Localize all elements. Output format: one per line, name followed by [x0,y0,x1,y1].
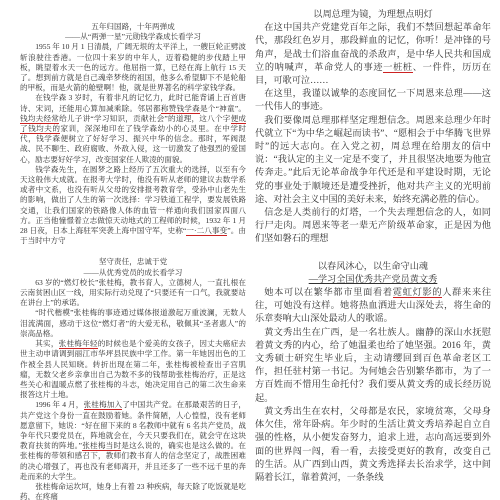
paragraph: 张桂梅命运坎坷，她身上有着 23 种疾病，每天除了吃饭就是吃药，在疼痛 [20,482,246,500]
article-zhou-enlai: 以周总理为镜，为理想点明灯 在这中国共产党建党百年之际，我们不禁回想起革命年代，… [255,8,491,246]
paragraph: 钱学森先生，在圆梦之路上经历了五次重大的选择，以至有今天这般伟大成就。在报考大学… [20,165,246,247]
paragraph: 在这中国共产党建党百年之际，我们不禁回想起革命年代，那段红色岁月，那段鲜血的记忆… [255,21,491,87]
paragraph: 63 岁的“燃灯校长”张桂梅，教书育人，立德树人，一直扎根在云南贫困山区一线，用… [20,278,246,309]
paragraph: 信念是人类前行的灯塔，一个失去理想信念的人，如同行尸走肉。周恩来等老一辈无产阶级… [255,206,491,246]
page-right: 以周总理为镜，为理想点明灯 在这中国共产党建党百年之际，我们不禁回想起革命年代，… [255,0,491,484]
article-subtitle: ——从优秀党员的成长看学习 [20,268,246,278]
paragraph: “时代楷模”张桂梅的事迹通过媒体报道激起万重波澜，无数人泪流满面，感动于这位“燃… [20,308,246,339]
document-canvas: 五年归国路，十年两弹成 ——从“两弹一星”元勋钱学森成长看学习 1955 年 1… [0,0,500,500]
paragraph: 在钱学森 3 岁时，有着非凡的记忆力，此时已能背诵上百首唐诗、宋词，还能用心算加… [20,93,246,164]
paragraph: 其实，张桂梅年轻的时候也是个爱美的女孩子，因丈夫癌症去世主动申请调到丽江市华坪县… [20,339,246,400]
spellcheck-underline: 一桩桩 [383,62,413,73]
spellcheck-underline: 张桂梅当时 [82,441,121,451]
article-title: 以春风沐心，以生命守山魂 [255,260,491,273]
paragraph: 1955 年 10 月 1 日清晨，广阔无垠的太平洋上，一艘巨轮正劈波斩浪驶往香… [20,42,246,93]
spellcheck-underline: 张桂梅年轻 [59,339,98,349]
spellcheck-underline: 称赞钱学森 [161,104,200,114]
article-qian-xuesen: 五年归国路，十年两弹成 ——从“两弹一星”元勋钱学森成长看学习 1955 年 1… [20,22,246,246]
paragraph: 1996 年 4 月，张桂梅加入了中国共产党。在那最艰苦的日子，共产党这个身份一… [20,400,246,482]
article-huang-wenxiu: 以春风沐心，以生命守山魂 —学习全国优秀共产党员黄文秀 她本可以在繁华都市里面看… [255,260,491,484]
paragraph: 黄文秀出生在广西，是一名壮族人。幽静的深山水抚慰着黄文秀的内心，给了她温柔也给了… [255,326,491,405]
paragraph: 她本可以在繁华都市里面看着霓虹灯影的人群来来往往，可她没有这样。她将热血洒进大山… [255,286,491,326]
article-subtitle: —学习全国优秀共产党员黄文秀 [255,273,491,286]
page-left: 五年归国路，十年两弹成 ——从“两弹一星”元勋钱学森成长看学习 1955 年 1… [20,0,246,500]
article-subtitle: ——从“两弹一星”元勋钱学森成长看学习 [20,32,246,42]
spellcheck-underline: 张桂梅加入 [84,400,123,410]
spellcheck-underline: 钱均夫经常 [20,114,59,124]
article-title: 以周总理为镜，为理想点明灯 [255,8,491,21]
spellcheck-underline: 霓虹灯影的 [393,287,442,298]
paragraph: 在这里，我谨以诚挚的态度回忆一下周恩来总理——这一代伟人的事迹。 [255,87,491,113]
paragraph: 我们要像周总理那样坚定理想信念。周恩来总理少年时代就立下“为中华之崛起而读书”、… [255,114,491,206]
article-zhang-guimei: 坚守责任，忠诚于党 ——从优秀党员的成长看学习 63 岁的“燃灯校长”张桂梅，教… [20,257,246,500]
paragraph: 黄文秀出生在农村，父母都是农民，家境贫寒，父母身体欠佳，常年卧病。年少时的生活让… [255,405,491,484]
article-title: 五年归国路，十年两弹成 [20,22,246,32]
article-title: 坚守责任，忠诚于党 [20,257,246,267]
spellcheck-underline: 一·二八事变 [186,226,227,236]
